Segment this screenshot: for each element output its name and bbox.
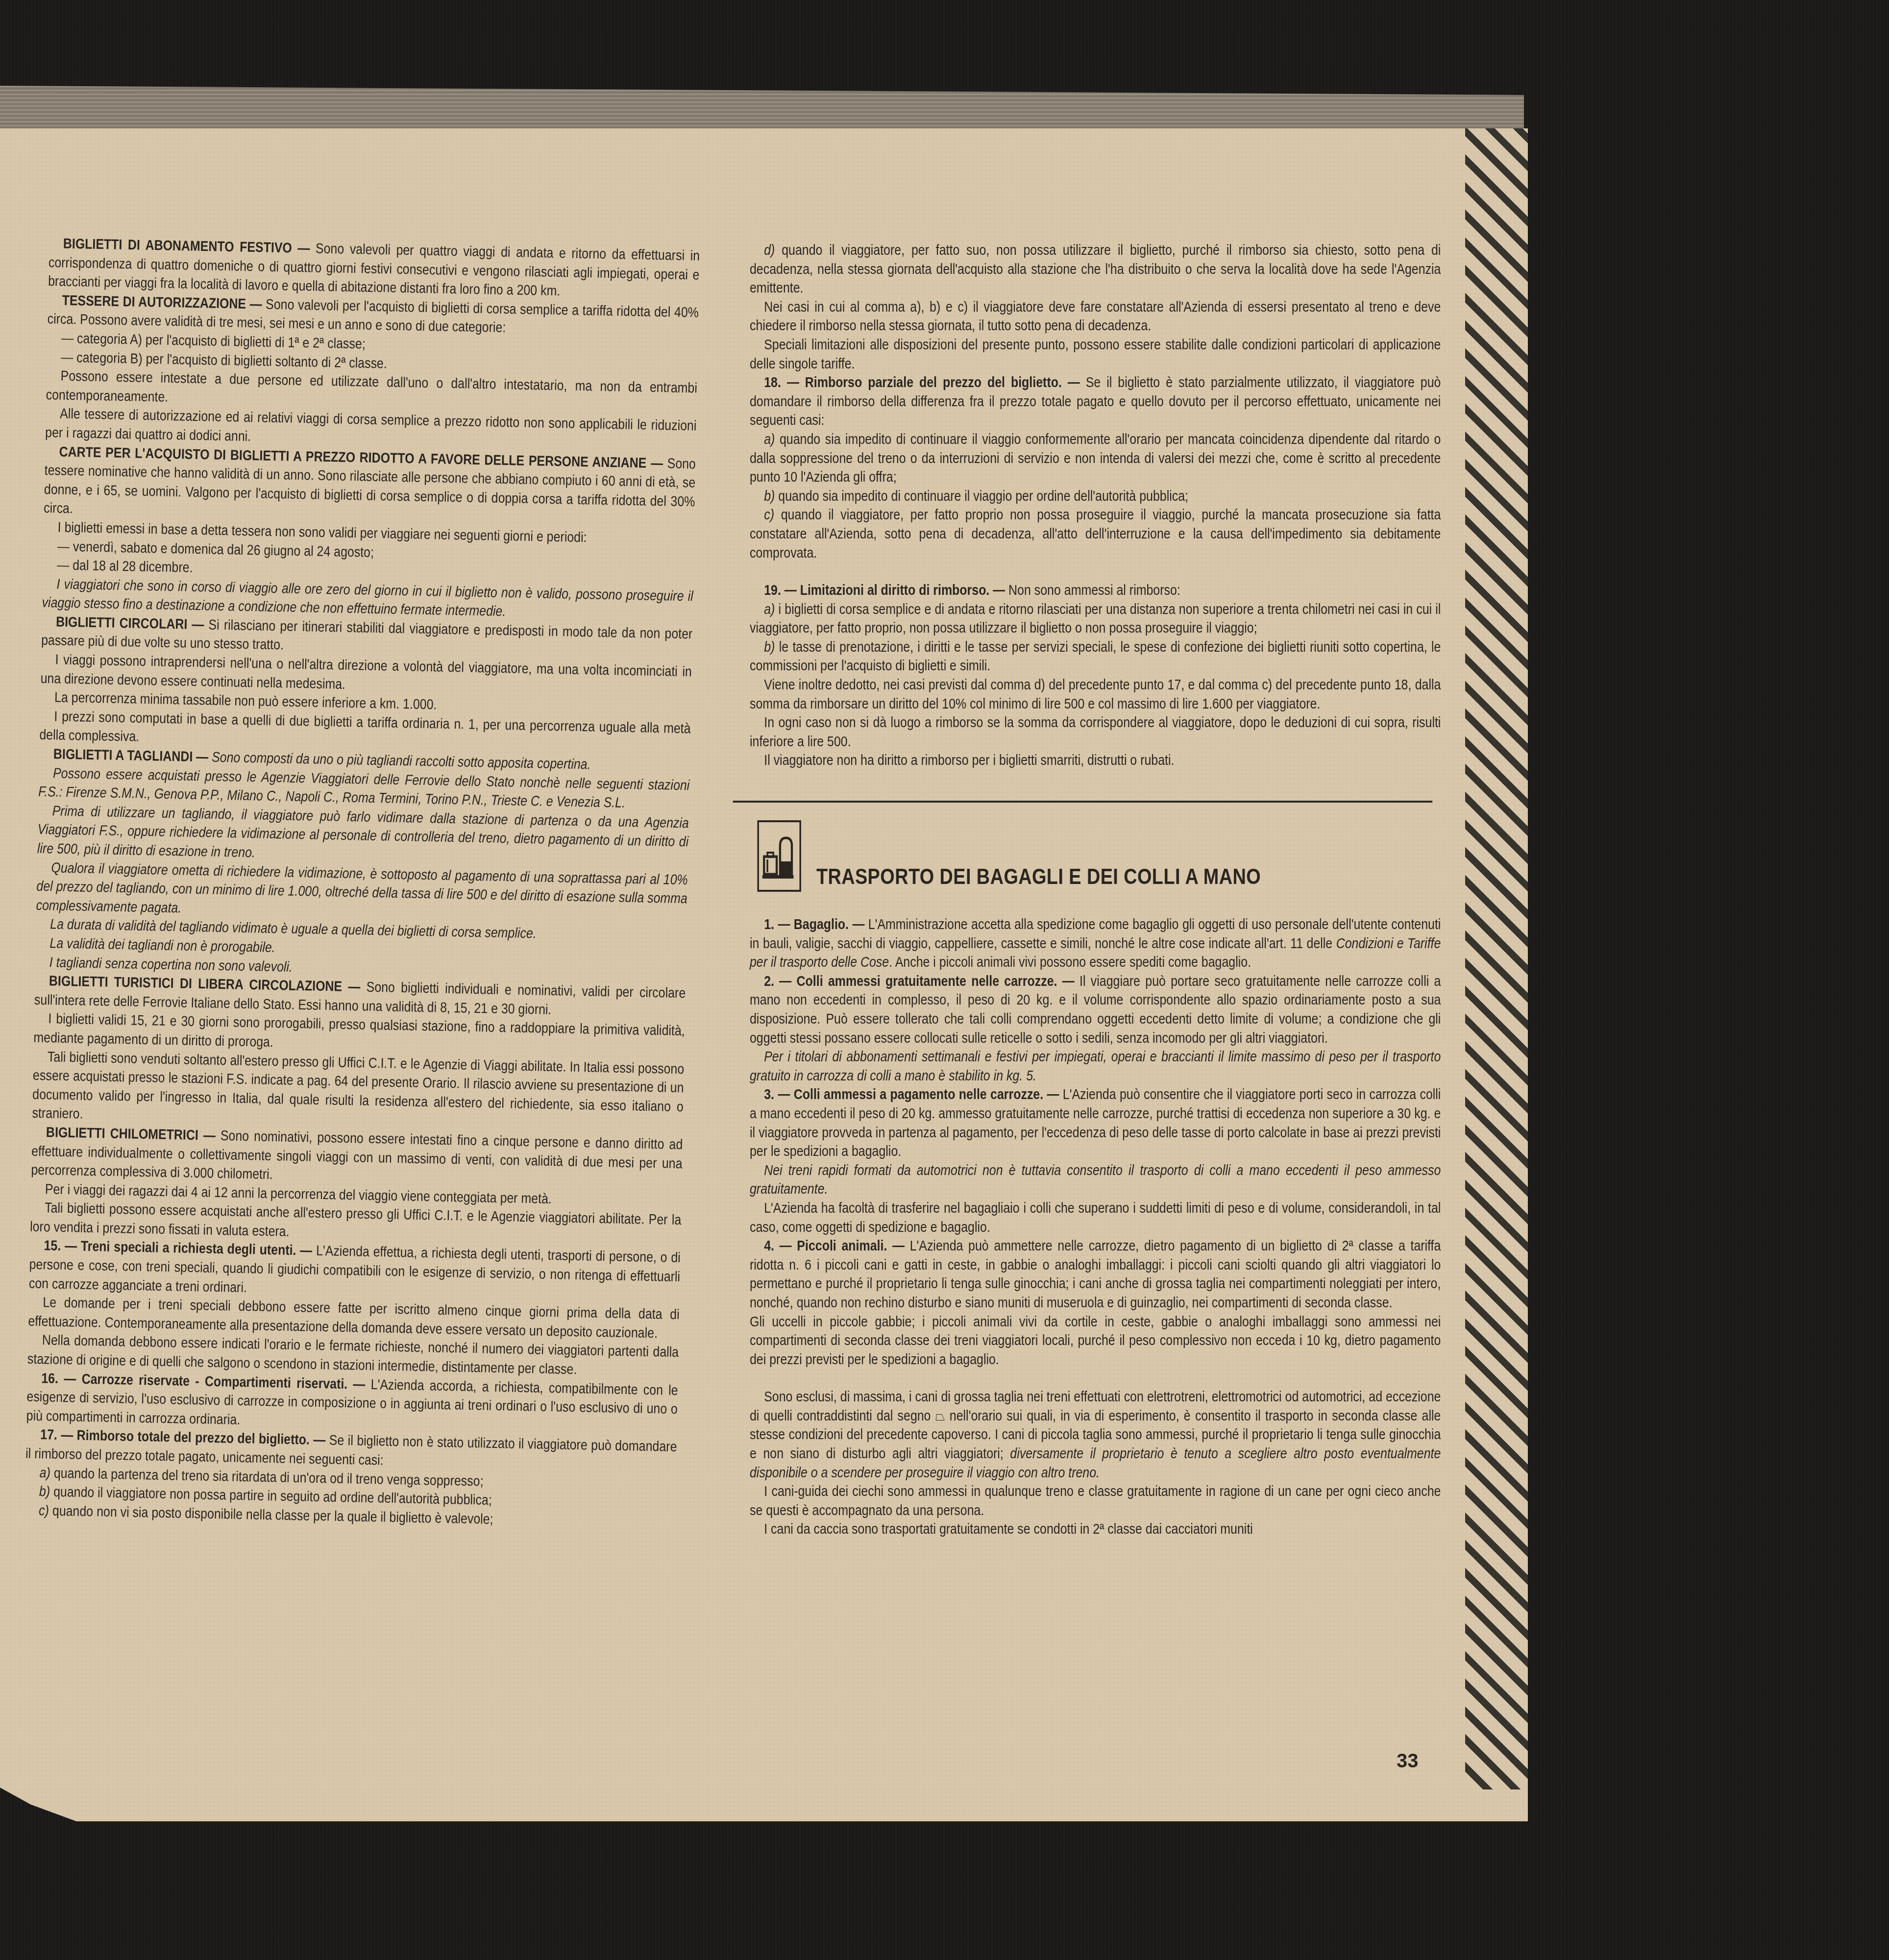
left-column: BIGLIETTI DI ABONAMENTO FESTIVO — Sono v…: [25, 234, 700, 1532]
item-label: b): [39, 1484, 50, 1499]
paragraph: a) quando sia impedito di continuare il …: [750, 430, 1441, 487]
paragraph: 18. — Rimborso parziale del prezzo del b…: [750, 373, 1441, 430]
paragraph: Tali biglietti sono venduti soltanto all…: [32, 1047, 684, 1135]
luggage-rules: 1. — Bagaglio. — L'Amministrazione accet…: [750, 915, 1441, 1539]
paragraph: I cani da caccia sono trasportati gratui…: [750, 1520, 1441, 1539]
paragraph-text: quando sia impedito di continuare il via…: [775, 489, 1188, 504]
paragraph: a) i biglietti di corsa semplice e di an…: [750, 600, 1441, 638]
paragraph: 3. — Colli ammessi a pagamento nelle car…: [750, 1085, 1441, 1161]
paragraph-italic-text: Prima di utilizzare un tagliando, il via…: [37, 803, 689, 860]
paragraph: b) le tasse di prenotazione, i diritti e…: [750, 638, 1441, 676]
paragraph-text: L'Azienda ha facoltà di trasferire nel b…: [750, 1200, 1441, 1235]
item-label: c): [39, 1503, 49, 1519]
paragraph-text: In ogni caso non si dà luogo a rimborso …: [750, 715, 1441, 750]
paragraph-heading: 18. — Rimborso parziale del prezzo del b…: [764, 375, 1080, 391]
paragraph-text: — dal 18 al 28 dicembre.: [57, 558, 193, 576]
paragraph-text: I cani da caccia sono trasportati gratui…: [764, 1521, 1253, 1537]
item-label: a): [39, 1465, 50, 1481]
paragraph-heading: 19. — Limitazioni al diritto di rimborso…: [764, 583, 1005, 598]
paragraph: Il viaggiatore non ha diritto a rimborso…: [750, 751, 1441, 770]
paragraph-italic-text: La validità dei tagliandi non è prorogab…: [49, 935, 275, 955]
paragraph: Nei treni rapidi formati da automotrici …: [750, 1161, 1441, 1199]
item-label: a): [764, 432, 775, 447]
paragraph-text: i biglietti di corsa semplice e di andat…: [750, 602, 1441, 637]
paragraph-heading: BIGLIETTI CHILOMETRICI —: [46, 1125, 216, 1144]
paragraph-heading: 15. — Treni speciali a richiesta degli u…: [44, 1238, 312, 1259]
paragraph-heading: 17. — Rimborso totale del prezzo del big…: [40, 1427, 326, 1448]
paragraph-heading: BIGLIETTI CIRCOLARI —: [56, 614, 204, 633]
paragraph: c) quando il viaggiatore, per fatto prop…: [750, 506, 1441, 563]
paragraph-italic-text: Nei treni rapidi formati da automotrici …: [750, 1163, 1441, 1198]
paragraph-heading: BIGLIETTI A TAGLIANDI —: [53, 746, 209, 765]
paragraph: b) quando sia impedito di continuare il …: [750, 487, 1441, 506]
paragraph-heading: TESSERE DI AUTORIZZAZIONE —: [62, 293, 262, 312]
paragraph-heading: BIGLIETTI DI ABONAMENTO FESTIVO —: [63, 236, 310, 257]
paragraph: Speciali limitazioni alle disposizioni d…: [750, 336, 1441, 373]
paragraph: 4. — Piccoli animali. — L'Azienda può am…: [750, 1237, 1441, 1312]
paragraph-text: quando il viaggiatore, per fatto suo, no…: [750, 243, 1441, 296]
paragraph-text: Il viaggiatore non ha diritto a rimborso…: [764, 753, 1174, 768]
paragraph: CARTE PER L'ACQUISTO DI BIGLIETTI A PREZ…: [44, 442, 696, 530]
paragraph: 1. — Bagaglio. — L'Amministrazione accet…: [750, 915, 1441, 972]
paragraph-text: quando sia impedito di continuare il via…: [750, 432, 1441, 485]
paragraph-gap: [750, 1369, 1441, 1388]
paragraph: 2. — Colli ammessi gratuitamente nelle c…: [750, 972, 1441, 1048]
luggage-icon: [757, 820, 801, 892]
paragraph-text: . Anche i piccoli animali vivi possono e…: [889, 955, 1251, 970]
paragraph-text: I cani-guida dei ciechi sono ammessi in …: [750, 1484, 1441, 1519]
paragraph: Nei casi in cui al comma a), b) e c) il …: [750, 298, 1441, 336]
paragraph: Sono esclusi, di massima, i cani di gros…: [750, 1388, 1441, 1482]
hatched-edge-stripe: [1465, 128, 1528, 1789]
paragraph-text: Tali biglietti sono venduti soltanto all…: [32, 1049, 684, 1122]
paragraph-heading: 3. — Colli ammessi a pagamento nelle car…: [764, 1087, 1059, 1102]
paragraph: Per i titolari di abbonamenti settimanal…: [750, 1048, 1441, 1085]
item-label: a): [764, 602, 775, 617]
paragraph-italic-text: Per i titolari di abbonamenti settimanal…: [750, 1049, 1441, 1084]
item-label: b): [764, 639, 775, 655]
paragraph: Viene inoltre dedotto, nei casi previsti…: [750, 676, 1441, 713]
paragraph: L'Azienda ha facoltà di trasferire nel b…: [750, 1199, 1441, 1237]
paragraph: I cani-guida dei ciechi sono ammessi in …: [750, 1482, 1441, 1520]
item-label: b): [764, 489, 775, 504]
paragraph-text: Non sono ammessi al rimborso:: [1005, 583, 1180, 598]
paragraph-heading: BIGLIETTI TURISTICI DI LIBERA CIRCOLAZIO…: [49, 973, 361, 995]
book-page: BIGLIETTI DI ABONAMENTO FESTIVO — Sono v…: [0, 128, 1528, 1821]
paragraph-text: Speciali limitazioni alle disposizioni d…: [750, 337, 1441, 372]
item-label: d): [764, 243, 775, 258]
paragraph-text: Nei casi in cui al comma a), b) e c) il …: [750, 299, 1441, 334]
paragraph-text: Viene inoltre dedotto, nei casi previsti…: [750, 677, 1441, 712]
paragraph-gap: [750, 563, 1441, 581]
paragraph-heading: 2. — Colli ammessi gratuitamente nelle c…: [764, 974, 1074, 989]
paragraph: Gli uccelli in piccole gabbie; i piccoli…: [750, 1313, 1441, 1370]
refund-rules: d) quando il viaggiatore, per fatto suo,…: [750, 241, 1441, 770]
paragraph: 19. — Limitazioni al diritto di rimborso…: [750, 581, 1441, 600]
paragraph-italic-text: I tagliandi senza copertina non sono val…: [49, 955, 293, 975]
paragraph-text: quando il viaggiatore, per fatto proprio…: [750, 507, 1441, 561]
paragraph-text: Gli uccelli in piccole gabbie; i piccoli…: [750, 1314, 1441, 1368]
paragraph: In ogni caso non si dà luogo a rimborso …: [750, 713, 1441, 751]
paragraph-heading: 1. — Bagaglio. —: [764, 917, 864, 932]
paragraph-italic-text: Qualora il viaggiatore ometta di richied…: [36, 860, 688, 916]
paragraph-text: le tasse di prenotazione, i diritti e le…: [750, 639, 1441, 674]
item-label: c): [764, 507, 774, 523]
section-title: TRASPORTO DEI BAGAGLI E DEI COLLI A MANO: [816, 868, 1261, 887]
page-number: 33: [1397, 1750, 1419, 1772]
paragraph-heading: 4. — Piccoli animali. —: [764, 1238, 905, 1254]
section-header: TRASPORTO DEI BAGAGLI E DEI COLLI A MANO: [750, 820, 1441, 892]
section-divider: [733, 801, 1433, 803]
paragraph: d) quando il viaggiatore, per fatto suo,…: [750, 241, 1441, 298]
right-column: d) quando il viaggiatore, per fatto suo,…: [750, 241, 1441, 1539]
